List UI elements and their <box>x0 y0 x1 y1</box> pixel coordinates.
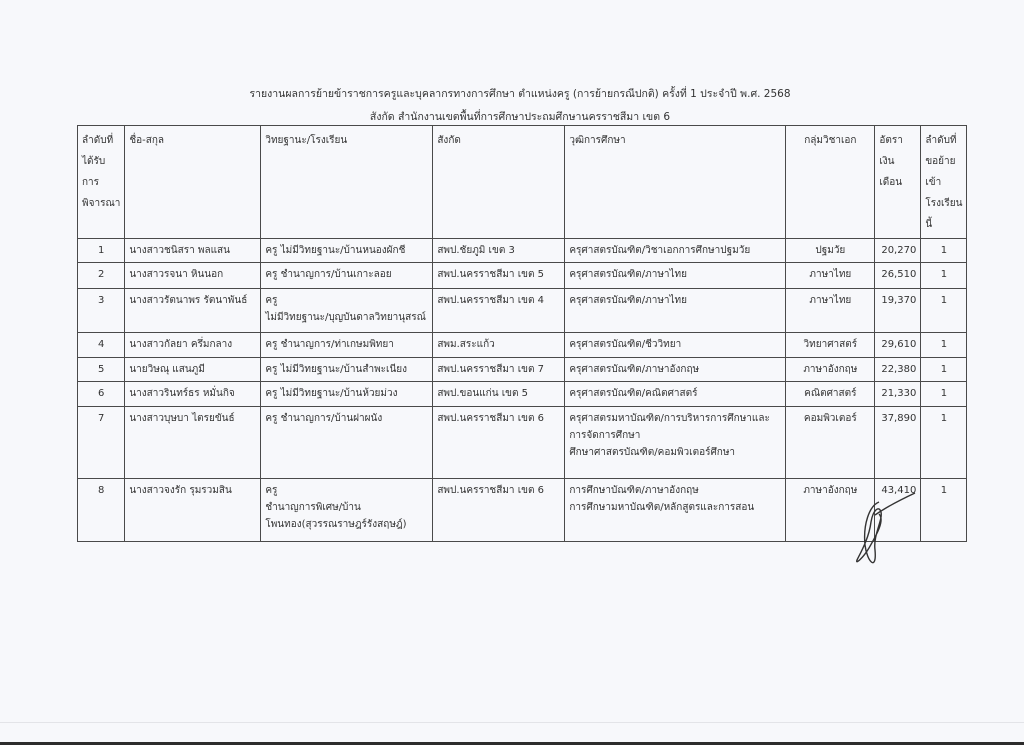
header-education: วุฒิการศึกษา <box>565 126 786 239</box>
cell-rank-school: ครู ไม่มีวิทยฐานะ/บ้านห้วยม่วง <box>261 382 433 407</box>
cell-rank-school: ครู ไม่มีวิทยฐานะ/บ้านหนองผักชี <box>261 239 433 263</box>
cell-education: ครุศาสตรบัณฑิต/ภาษาอังกฤษ <box>565 358 786 382</box>
header-request-order: ลำดับที่ขอย้ายเข้าโรงเรียนนี้ <box>921 126 967 239</box>
cell-name: นางสาวกัลยา ครึ่มกลาง <box>125 333 261 358</box>
cell-request-order: 1 <box>921 263 967 289</box>
cell-no: 6 <box>78 382 125 407</box>
cell-education: ครุศาสตรบัณฑิต/คณิตศาสตร์ <box>565 382 786 407</box>
table-row: 7นางสาวบุษบา ไตรยขันธ์ครู ชำนาญการ/บ้านฝ… <box>78 407 967 479</box>
cell-major: คณิตศาสตร์ <box>786 382 875 407</box>
cell-no: 4 <box>78 333 125 358</box>
cell-no: 3 <box>78 289 125 333</box>
table-header-row: ลำดับที่ได้รับการพิจารณา ชื่อ-สกุล วิทยฐ… <box>78 126 967 239</box>
cell-salary: 37,890 <box>875 407 921 479</box>
table-row: 8นางสาวจงรัก รุมรวมสินครู ชำนาญการพิเศษ/… <box>78 479 967 542</box>
cell-major: ปฐมวัย <box>786 239 875 263</box>
cell-education: ครุศาสตรบัณฑิต/ภาษาไทย <box>565 289 786 333</box>
cell-name: นางสาวชนิสรา พลแสน <box>125 239 261 263</box>
cell-major: คอมพิวเตอร์ <box>786 407 875 479</box>
page-edge <box>0 722 1024 723</box>
cell-major: วิทยาศาสตร์ <box>786 333 875 358</box>
cell-education: ครุศาสตรบัณฑิต/ภาษาไทย <box>565 263 786 289</box>
cell-salary: 21,330 <box>875 382 921 407</box>
table-row: 6นางสาวรินทร์ธร หมั่นกิจครู ไม่มีวิทยฐาน… <box>78 382 967 407</box>
cell-rank-school: ครู ชำนาญการ/ท่าเกษมพิทยา <box>261 333 433 358</box>
cell-request-order: 1 <box>921 333 967 358</box>
cell-name: นางสาวรัตนาพร รัตนาพันธ์ <box>125 289 261 333</box>
cell-salary: 22,380 <box>875 358 921 382</box>
cell-rank-school: ครู ชำนาญการพิเศษ/บ้านโพนทอง(สุวรรณราษฎร… <box>261 479 433 542</box>
cell-salary: 19,370 <box>875 289 921 333</box>
header-affiliation: สังกัด <box>433 126 565 239</box>
cell-request-order: 1 <box>921 358 967 382</box>
signature-icon <box>855 490 925 585</box>
cell-affiliation: สพป.นครราชสีมา เขต 7 <box>433 358 565 382</box>
cell-salary: 29,610 <box>875 333 921 358</box>
header-rank-school: วิทยฐานะ/โรงเรียน <box>261 126 433 239</box>
header-order: ลำดับที่ได้รับการพิจารณา <box>78 126 125 239</box>
cell-request-order: 1 <box>921 382 967 407</box>
cell-affiliation: สพป.นครราชสีมา เขต 6 <box>433 479 565 542</box>
document-subtitle: สังกัด สำนักงานเขตพื้นที่การศึกษาประถมศึ… <box>0 108 1024 125</box>
cell-request-order: 1 <box>921 479 967 542</box>
table-row: 1นางสาวชนิสรา พลแสนครู ไม่มีวิทยฐานะ/บ้า… <box>78 239 967 263</box>
cell-name: นางสาวรินทร์ธร หมั่นกิจ <box>125 382 261 407</box>
cell-salary: 26,510 <box>875 263 921 289</box>
header-major: กลุ่มวิชาเอก <box>786 126 875 239</box>
cell-education: ครุศาสตรบัณฑิต/ชีววิทยา <box>565 333 786 358</box>
cell-affiliation: สพป.นครราชสีมา เขต 6 <box>433 407 565 479</box>
cell-request-order: 1 <box>921 407 967 479</box>
cell-name: นางสาวรจนา หินนอก <box>125 263 261 289</box>
table-row: 3นางสาวรัตนาพร รัตนาพันธ์ครู ไม่มีวิทยฐา… <box>78 289 967 333</box>
cell-no: 5 <box>78 358 125 382</box>
cell-major: ภาษาไทย <box>786 289 875 333</box>
cell-rank-school: ครู ไม่มีวิทยฐานะ/บ้านสำพะเนียง <box>261 358 433 382</box>
cell-request-order: 1 <box>921 239 967 263</box>
cell-major: ภาษาไทย <box>786 263 875 289</box>
cell-salary: 20,270 <box>875 239 921 263</box>
table-row: 5นายวิษณุ แสนภูมีครู ไม่มีวิทยฐานะ/บ้านส… <box>78 358 967 382</box>
cell-name: นายวิษณุ แสนภูมี <box>125 358 261 382</box>
document-title: รายงานผลการย้ายข้าราชการครูและบุคลากรทาง… <box>0 85 1024 102</box>
table-row: 2นางสาวรจนา หินนอกครู ชำนาญการ/บ้านเกาะล… <box>78 263 967 289</box>
cell-request-order: 1 <box>921 289 967 333</box>
cell-major: ภาษาอังกฤษ <box>786 358 875 382</box>
cell-affiliation: สพป.ขอนแก่น เขต 5 <box>433 382 565 407</box>
transfer-results-table: ลำดับที่ได้รับการพิจารณา ชื่อ-สกุล วิทยฐ… <box>77 125 967 542</box>
cell-name: นางสาวบุษบา ไตรยขันธ์ <box>125 407 261 479</box>
header-salary: อัตราเงินเดือน <box>875 126 921 239</box>
cell-education: การศึกษาบัณฑิต/ภาษาอังกฤษ การศึกษามหาบัณ… <box>565 479 786 542</box>
cell-no: 7 <box>78 407 125 479</box>
cell-no: 1 <box>78 239 125 263</box>
cell-rank-school: ครู ชำนาญการ/บ้านฝาผนัง <box>261 407 433 479</box>
cell-affiliation: สพป.ชัยภูมิ เขต 3 <box>433 239 565 263</box>
cell-education: ครุศาสตรบัณฑิต/วิชาเอกการศึกษาปฐมวัย <box>565 239 786 263</box>
cell-affiliation: สพป.นครราชสีมา เขต 5 <box>433 263 565 289</box>
header-name: ชื่อ-สกุล <box>125 126 261 239</box>
cell-rank-school: ครู ชำนาญการ/บ้านเกาะลอย <box>261 263 433 289</box>
cell-name: นางสาวจงรัก รุมรวมสิน <box>125 479 261 542</box>
cell-no: 8 <box>78 479 125 542</box>
cell-affiliation: สพป.นครราชสีมา เขต 4 <box>433 289 565 333</box>
cell-affiliation: สพม.สระแก้ว <box>433 333 565 358</box>
cell-rank-school: ครู ไม่มีวิทยฐานะ/บุญบันดาลวิทยานุสรณ์ <box>261 289 433 333</box>
cell-no: 2 <box>78 263 125 289</box>
table-row: 4นางสาวกัลยา ครึ่มกลางครู ชำนาญการ/ท่าเก… <box>78 333 967 358</box>
cell-education: ครุศาสตรมหาบัณฑิต/การบริหารการศึกษาและกา… <box>565 407 786 479</box>
